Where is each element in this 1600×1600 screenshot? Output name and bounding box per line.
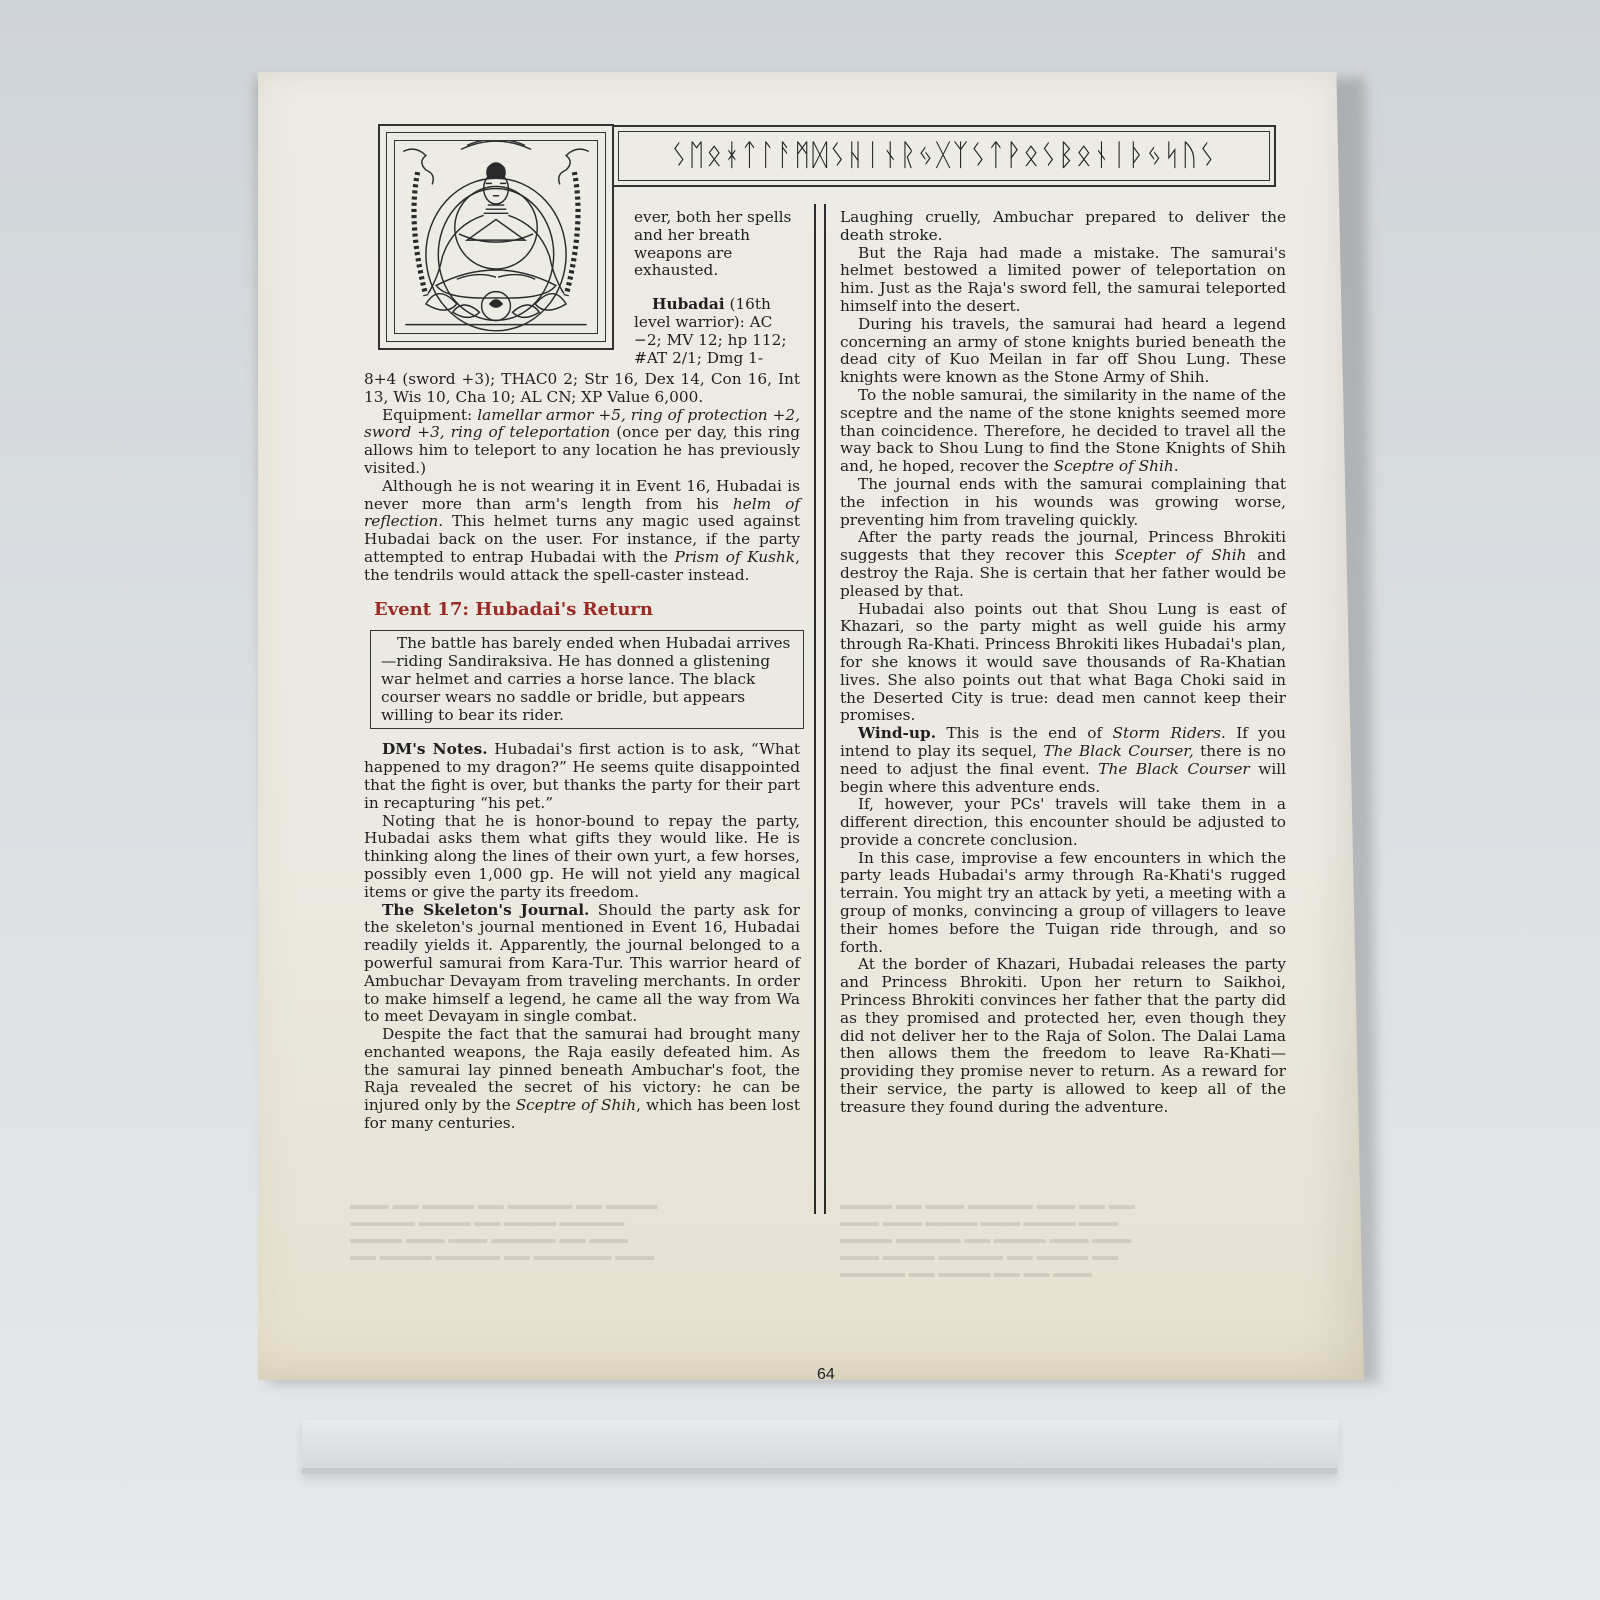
helm-paragraph: Although he is not wearing it in Event 1… (364, 478, 800, 585)
journal-label: The Skeleton's Journal. (382, 901, 589, 919)
stat-block-start: Hubadai (16th level warrior): AC −2; MV … (634, 296, 794, 367)
paragraph: The journal ends with the samurai compla… (840, 476, 1286, 529)
acrylic-stand (302, 1420, 1339, 1474)
scepter-item: Scepter of Shih (1115, 546, 1247, 564)
paragraph: Laughing cruelly, Ambuchar prepared to d… (840, 209, 1286, 245)
stat-block-name: Hubadai (652, 295, 725, 313)
journal-text: Should the party ask for the skeleton's … (364, 901, 800, 1026)
title-black-courser: The Black Courser (1098, 760, 1249, 778)
page-number: 64 (817, 1366, 835, 1384)
illustration-frame (378, 124, 614, 350)
event-heading: Event 17: Hubadai's Return (374, 601, 800, 619)
paragraph: To the noble samurai, the similarity in … (840, 387, 1286, 476)
wrap-paragraph: ever, both her spells and her breath wea… (634, 209, 794, 280)
dm-notes-paragraph: DM's Notes. Hubadai's first action is to… (364, 741, 800, 812)
prism-item: Prism of Kushk (674, 548, 795, 566)
journal-paragraph: The Skeleton's Journal. Should the party… (364, 902, 800, 1027)
decorative-script-text: ᛊᛖᛟᚼᛏᛚᚨᛗᛞᛊᚺᛁᚾᚱᛃᚷᛉᛊᛏᚹᛟᛊᛒᛟᚾᛁᚦᛃᛋᚢᛊ (671, 139, 1217, 174)
title-banner: ᛊᛖᛟᚼᛏᛚᚨᛗᛞᛊᚺᛁᚾᚱᛃᚷᛉᛊᛏᚹᛟᛊᛒᛟᚾᛁᚦᛃᛋᚢᛊ (612, 125, 1276, 187)
honor-paragraph: Noting that he is honor-bound to repay t… (364, 813, 800, 902)
paragraph: In this case, improvise a few encounters… (840, 850, 1286, 957)
sceptre-item: Sceptre of Shih (1054, 457, 1174, 475)
bleed-through-text: ▬▬▬ ▬▬ ▬▬▬▬ ▬▬ ▬▬▬▬▬ ▬▬ ▬▬▬▬▬▬▬▬▬ ▬▬▬▬ ▬… (350, 1196, 790, 1264)
paragraph: But the Raja had made a mistake. The sam… (840, 245, 1286, 316)
illustration-panel (394, 140, 598, 334)
right-column: Laughing cruelly, Ambuchar prepared to d… (840, 209, 1286, 1117)
bleed-through-text: ▬▬▬▬ ▬▬ ▬▬▬ ▬▬▬▬▬ ▬▬▬ ▬▬ ▬▬▬▬▬ ▬▬▬ ▬▬▬▬ … (840, 1196, 1280, 1281)
left-column: 8+4 (sword +3); THAC0 2; Str 16, Dex 14,… (364, 371, 800, 1133)
windup-label: Wind-up. (858, 724, 936, 742)
paragraph: At the border of Khazari, Hubadai releas… (840, 956, 1286, 1116)
paragraph-end: . (1174, 457, 1179, 475)
title-storm-riders: Storm Riders (1113, 724, 1221, 742)
stat-block-continued: 8+4 (sword +3); THAC0 2; Str 16, Dex 14,… (364, 371, 800, 407)
paragraph: If, however, your PCs' travels will take… (840, 796, 1286, 849)
read-aloud-text: The battle has barely ended when Hubadai… (381, 635, 793, 724)
dm-notes-label: DM's Notes. (382, 740, 488, 758)
windup-paragraph: Wind-up. This is the end of Storm Riders… (840, 725, 1286, 796)
windup-text: This is the end of (936, 724, 1112, 742)
paragraph: During his travels, the samurai had hear… (840, 316, 1286, 387)
equipment-label: Equipment: (382, 406, 472, 424)
equipment-paragraph: Equipment: lamellar armor +5, ring of pr… (364, 407, 800, 478)
paragraph: After the party reads the journal, Princ… (840, 529, 1286, 600)
title-banner-inner: ᛊᛖᛟᚼᛏᛚᚨᛗᛞᛊᚺᛁᚾᚱᛃᚷᛉᛊᛏᚹᛟᛊᛒᛟᚾᛁᚦᛃᛋᚢᛊ (618, 131, 1270, 181)
left-column-wrap: ever, both her spells and her breath wea… (634, 209, 794, 367)
title-black-courser: The Black Courser, (1043, 742, 1193, 760)
read-aloud-box: The battle has barely ended when Hubadai… (370, 630, 804, 729)
sceptre-item: Sceptre of Shih (516, 1096, 636, 1114)
seated-buddha-icon (395, 141, 597, 333)
column-divider (814, 204, 826, 1214)
despite-paragraph: Despite the fact that the samurai had br… (364, 1026, 800, 1133)
paragraph: Hubadai also points out that Shou Lung i… (840, 601, 1286, 726)
